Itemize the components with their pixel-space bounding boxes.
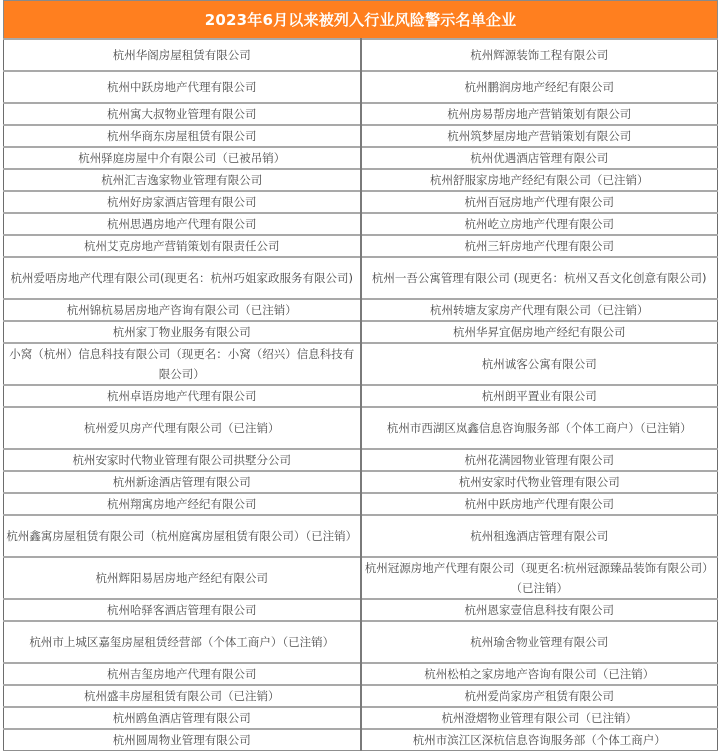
company-cell-left: 杭州艾克房地产营销策划有限责任公司	[4, 235, 361, 257]
company-cell-left: 杭州翔寓房地产经纪有限公司	[4, 493, 361, 515]
table-row: 杭州中跃房地产代理有限公司杭州鹏润房地产经纪有限公司	[4, 71, 718, 103]
table-row: 杭州华商东房屋租赁有限公司杭州筑梦屋房地产营销策划有限公司	[4, 125, 718, 147]
company-cell-left: 杭州汇吉逸家物业管理有限公司	[4, 169, 361, 191]
company-cell-right: 杭州朗平置业有限公司	[361, 385, 718, 407]
company-cell-left: 杭州家丁物业服务有限公司	[4, 321, 361, 343]
company-cell-right: 杭州房易帮房地产营销策划有限公司	[361, 103, 718, 125]
table-row: 杭州鸥鱼酒店管理有限公司杭州澄熠物业管理有限公司（已注销）	[4, 707, 718, 729]
company-cell-left: 杭州爱唔房地产代理有限公司(现更名：杭州巧姐家政服务有限公司)	[4, 257, 361, 299]
company-cell-right: 杭州安家时代物业管理有限公司	[361, 471, 718, 493]
company-cell-left: 杭州新途酒店管理有限公司	[4, 471, 361, 493]
company-cell-right: 杭州花满园物业管理有限公司	[361, 449, 718, 471]
company-cell-right: 杭州舒服家房地产经纪有限公司（已注销）	[361, 169, 718, 191]
company-cell-left: 杭州驿庭房屋中介有限公司（已被吊销）	[4, 147, 361, 169]
table-row: 杭州锦杭易居房地产咨询有限公司（已注销）杭州转塘友家房产代理有限公司（已注销）	[4, 299, 718, 321]
company-cell-right: 杭州市西湖区岚鑫信息咨询服务部（个体工商户）（已注销）	[361, 407, 718, 449]
company-cell-right: 杭州华昇宜倨房地产经纪有限公司	[361, 321, 718, 343]
company-cell-right: 杭州三轩房地产代理有限公司	[361, 235, 718, 257]
table-row: 杭州卓语房地产代理有限公司杭州朗平置业有限公司	[4, 385, 718, 407]
table-row: 杭州爱唔房地产代理有限公司(现更名：杭州巧姐家政服务有限公司)杭州一吾公寓管理有…	[4, 257, 718, 299]
table-row: 杭州吉玺房地产代理有限公司杭州松柏之家房地产咨询有限公司（已注销）	[4, 663, 718, 685]
company-cell-right: 杭州筑梦屋房地产营销策划有限公司	[361, 125, 718, 147]
table-row: 小窝（杭州）信息科技有限公司（现更名：小窝（绍兴）信息科技有限公司）杭州诚客公寓…	[4, 343, 718, 385]
company-cell-right: 杭州诚客公寓有限公司	[361, 343, 718, 385]
company-cell-left: 杭州安家时代物业管理有限公司拱墅分公司	[4, 449, 361, 471]
table-title: 2023年6月以来被列入行业风险警示名单企业	[4, 1, 718, 40]
company-cell-left: 杭州中跃房地产代理有限公司	[4, 71, 361, 103]
table-row: 杭州家丁物业服务有限公司杭州华昇宜倨房地产经纪有限公司	[4, 321, 718, 343]
table-title-row: 2023年6月以来被列入行业风险警示名单企业	[4, 1, 718, 40]
company-cell-right: 杭州中跃房地产代理有限公司	[361, 493, 718, 515]
table-row: 杭州新途酒店管理有限公司杭州安家时代物业管理有限公司	[4, 471, 718, 493]
company-cell-right: 杭州鹏润房地产经纪有限公司	[361, 71, 718, 103]
table-row: 杭州安家时代物业管理有限公司拱墅分公司杭州花满园物业管理有限公司	[4, 449, 718, 471]
table-row: 杭州思遇房地产代理有限公司杭州屹立房地产代理有限公司	[4, 213, 718, 235]
table-row: 杭州盛丰房屋租赁有限公司（已注销）杭州爱尚家房产租赁有限公司	[4, 685, 718, 707]
company-cell-right: 杭州松柏之家房地产咨询有限公司（已注销）	[361, 663, 718, 685]
company-cell-left: 杭州华阁房屋租赁有限公司	[4, 39, 361, 71]
table-body: 杭州华阁房屋租赁有限公司杭州辉源装饰工程有限公司杭州中跃房地产代理有限公司杭州鹏…	[4, 39, 718, 731]
table-row: 杭州辉阳易居房地产经纪有限公司杭州冠源房地产代理有限公司（现更名:杭州冠源臻品装…	[4, 557, 718, 599]
table-row: 杭州寓大叔物业管理有限公司杭州房易帮房地产营销策划有限公司	[4, 103, 718, 125]
company-cell-left: 小窝（杭州）信息科技有限公司（现更名：小窝（绍兴）信息科技有限公司）	[4, 343, 361, 385]
table-row: 杭州市上城区嘉玺房屋租赁经营部（个体工商户）（已注销）杭州瑜舍物业管理有限公司	[4, 621, 718, 663]
company-cell-right: 杭州优遇酒店管理有限公司	[361, 147, 718, 169]
company-cell-left: 杭州卓语房地产代理有限公司	[4, 385, 361, 407]
company-cell-right: 杭州租逸酒店管理有限公司	[361, 515, 718, 557]
company-cell-right: 杭州一吾公寓管理有限公司 (现更名：杭州又吾文化创意有限公司)	[361, 257, 718, 299]
table-row: 杭州哈驿客酒店管理有限公司杭州恩家壹信息科技有限公司	[4, 599, 718, 621]
company-cell-left: 杭州思遇房地产代理有限公司	[4, 213, 361, 235]
company-cell-right: 杭州恩家壹信息科技有限公司	[361, 599, 718, 621]
table-row: 杭州汇吉逸家物业管理有限公司杭州舒服家房地产经纪有限公司（已注销）	[4, 169, 718, 191]
company-cell-left: 杭州辉阳易居房地产经纪有限公司	[4, 557, 361, 599]
company-cell-left: 杭州鸥鱼酒店管理有限公司	[4, 707, 361, 729]
company-cell-left: 杭州锦杭易居房地产咨询有限公司（已注销）	[4, 299, 361, 321]
company-cell-left: 杭州哈驿客酒店管理有限公司	[4, 599, 361, 621]
company-cell-right: 杭州转塘友家房产代理有限公司（已注销）	[361, 299, 718, 321]
company-cell-right: 杭州瑜舍物业管理有限公司	[361, 621, 718, 663]
company-cell-right: 杭州澄熠物业管理有限公司（已注销）	[361, 707, 718, 729]
company-cell-right: 杭州百冠房地产代理有限公司	[361, 191, 718, 213]
company-cell-right: 杭州冠源房地产代理有限公司（现更名:杭州冠源臻品装饰有限公司）（已注销）	[361, 557, 718, 599]
table-row: 杭州好房家酒店管理有限公司杭州百冠房地产代理有限公司	[4, 191, 718, 213]
risk-warning-table: 2023年6月以来被列入行业风险警示名单企业 杭州华阁房屋租赁有限公司杭州辉源装…	[3, 0, 718, 731]
table-row: 杭州驿庭房屋中介有限公司（已被吊销）杭州优遇酒店管理有限公司	[4, 147, 718, 169]
company-cell-left: 杭州鑫寓房屋租赁有限公司（杭州庭寓房屋租赁有限公司）（已注销）	[4, 515, 361, 557]
company-cell-left: 杭州爱贝房产代理有限公司（已注销）	[4, 407, 361, 449]
company-cell-right: 杭州辉源装饰工程有限公司	[361, 39, 718, 71]
company-cell-left: 杭州寓大叔物业管理有限公司	[4, 103, 361, 125]
company-cell-left: 杭州好房家酒店管理有限公司	[4, 191, 361, 213]
company-cell-right: 杭州屹立房地产代理有限公司	[361, 213, 718, 235]
table-row: 杭州艾克房地产营销策划有限责任公司杭州三轩房地产代理有限公司	[4, 235, 718, 257]
table-row: 杭州鑫寓房屋租赁有限公司（杭州庭寓房屋租赁有限公司）（已注销）杭州租逸酒店管理有…	[4, 515, 718, 557]
company-cell-left: 杭州市上城区嘉玺房屋租赁经营部（个体工商户）（已注销）	[4, 621, 361, 663]
table-row: 杭州翔寓房地产经纪有限公司杭州中跃房地产代理有限公司	[4, 493, 718, 515]
table-row: 杭州华阁房屋租赁有限公司杭州辉源装饰工程有限公司	[4, 39, 718, 71]
company-cell-left: 杭州盛丰房屋租赁有限公司（已注销）	[4, 685, 361, 707]
risk-warning-table-container: 2023年6月以来被列入行业风险警示名单企业 杭州华阁房屋租赁有限公司杭州辉源装…	[3, 0, 717, 731]
company-cell-left: 杭州吉玺房地产代理有限公司	[4, 663, 361, 685]
company-cell-right: 杭州爱尚家房产租赁有限公司	[361, 685, 718, 707]
company-cell-left: 杭州华商东房屋租赁有限公司	[4, 125, 361, 147]
table-row: 杭州爱贝房产代理有限公司（已注销）杭州市西湖区岚鑫信息咨询服务部（个体工商户）（…	[4, 407, 718, 449]
